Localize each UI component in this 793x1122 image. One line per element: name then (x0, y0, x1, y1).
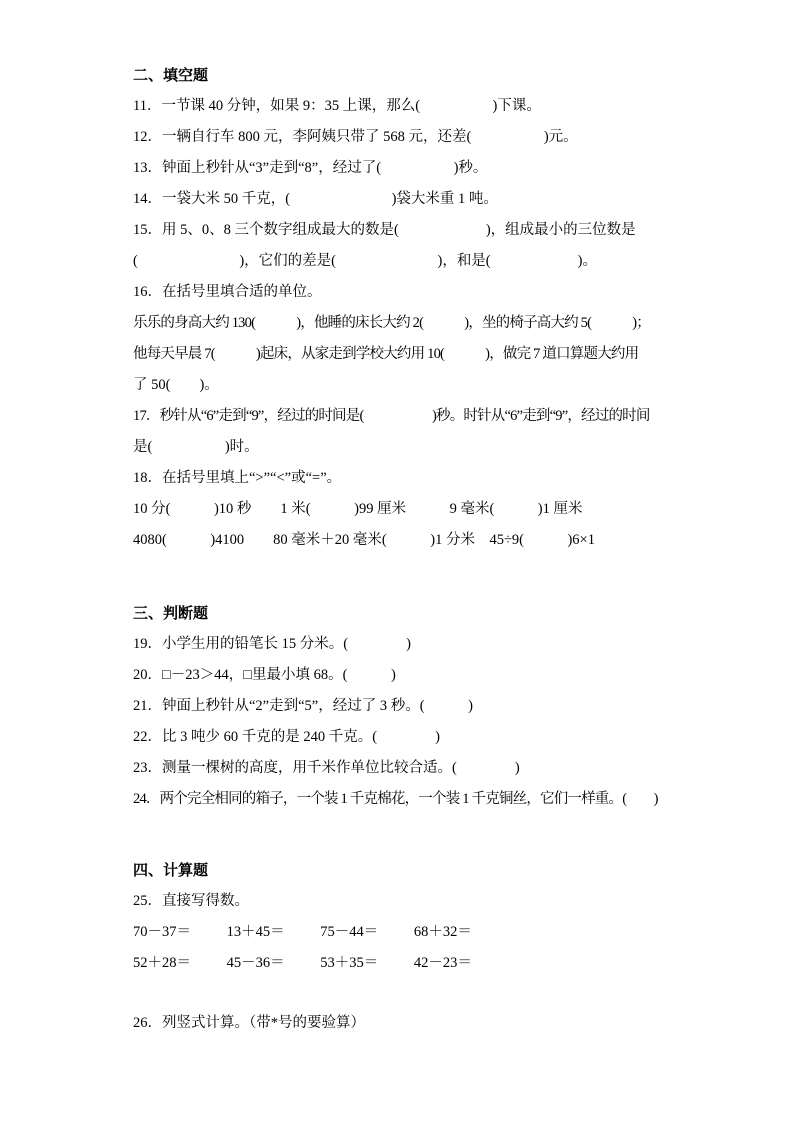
question-17-continued: 是( )时。 (133, 432, 713, 463)
section-title-fill-in-the-blanks: 二、填空题 (133, 60, 713, 91)
question-15-continued: ( )，它们的差是( )，和是( )。 (133, 246, 713, 277)
question-16-line-3: 了 50( )。 (133, 370, 713, 401)
question-25: 25．直接写得数。 (133, 886, 713, 917)
question-24: 24．两个完全相同的箱子，一个装 1 千克棉花，一个装 1 千克铜丝，它们一样重… (133, 784, 713, 815)
question-26: 26．列竖式计算。（带*号的要验算） (133, 1008, 713, 1039)
question-12: 12．一辆自行车 800 元，李阿姨只带了 568 元，还差( )元。 (133, 122, 713, 153)
question-18: 18．在括号里填上“>”“<”或“=”。 (133, 463, 713, 494)
question-16-line-2: 他每天早晨 7( )起床，从家走到学校大约用 10( )，做完 7 道口算题大约… (133, 339, 713, 370)
question-23: 23．测量一棵树的高度，用千米作单位比较合适。( ) (133, 753, 713, 784)
question-18-row-1: 10 分( )10 秒 1 米( )99 厘米 9 毫米( )1 厘米 (133, 494, 713, 525)
oral-equation: 68＋32＝ (414, 917, 504, 948)
oral-equation: 45－36＝ (227, 948, 317, 979)
oral-equation: 13＋45＝ (227, 917, 317, 948)
question-22: 22．比 3 吨少 60 千克的是 240 千克。( ) (133, 722, 713, 753)
oral-calc-row-2: 52＋28＝ 45－36＝ 53＋35＝ 42－23＝ (133, 948, 713, 979)
oral-equation: 52＋28＝ (133, 948, 223, 979)
question-20: 20．□－23＞44，□里最小填 68。( ) (133, 660, 713, 691)
question-13: 13．钟面上秒针从“3”走到“8”，经过了( )秒。 (133, 153, 713, 184)
section-fill-in-the-blanks: 二、填空题 11．一节课 40 分钟，如果 9：35 上课，那么( )下课。 1… (133, 60, 713, 556)
question-17: 17．秒针从“6”走到“9”，经过的时间是( )秒。时针从“6”走到“9”，经过… (133, 401, 713, 432)
oral-equation: 75－44＝ (320, 917, 410, 948)
question-18-row-2: 4080( )4100 80 毫米＋20 毫米( )1 分米 45÷9( )6×… (133, 525, 713, 556)
oral-equation: 53＋35＝ (320, 948, 410, 979)
question-16-line-1: 乐乐的身高大约 130( )，他睡的床长大约 2( )，坐的椅子高大约 5( )… (133, 308, 713, 339)
question-14: 14．一袋大米 50 千克，( )袋大米重 1 吨。 (133, 184, 713, 215)
worksheet-page: 二、填空题 11．一节课 40 分钟，如果 9：35 上课，那么( )下课。 1… (0, 0, 793, 1122)
oral-equation: 42－23＝ (414, 948, 504, 979)
section-true-or-false: 三、判断题 19．小学生用的铅笔长 15 分米。( ) 20．□－23＞44，□… (133, 598, 713, 815)
section-calculation: 四、计算题 25．直接写得数。 70－37＝ 13＋45＝ 75－44＝ 68＋… (133, 855, 713, 1039)
question-21: 21．钟面上秒针从“2”走到“5”，经过了 3 秒。( ) (133, 691, 713, 722)
question-19: 19．小学生用的铅笔长 15 分米。( ) (133, 629, 713, 660)
question-16: 16．在括号里填合适的单位。 (133, 277, 713, 308)
oral-calc-row-1: 70－37＝ 13＋45＝ 75－44＝ 68＋32＝ (133, 917, 713, 948)
question-15: 15．用 5、0、8 三个数字组成最大的数是( )，组成最小的三位数是 (133, 215, 713, 246)
section-title-calculation: 四、计算题 (133, 855, 713, 886)
section-title-true-or-false: 三、判断题 (133, 598, 713, 629)
question-11: 11．一节课 40 分钟，如果 9：35 上课，那么( )下课。 (133, 91, 713, 122)
oral-equation: 70－37＝ (133, 917, 223, 948)
